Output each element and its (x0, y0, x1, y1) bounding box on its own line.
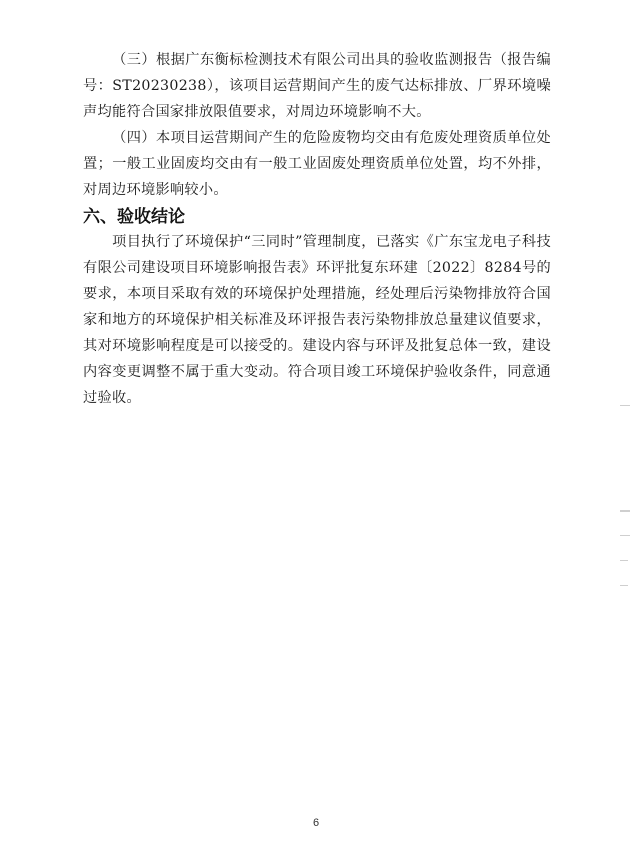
paragraph-text: （三）根据广东衡标检测技术有限公司出具的验收监测报告（报告编号：ST202302… (83, 52, 551, 120)
scan-artifact (620, 535, 630, 536)
paragraph-section-4: （四）本项目运营期间产生的危险废物均交由有危废处理资质单位处置；一般工业固废均交… (83, 125, 551, 203)
scan-artifact (620, 405, 630, 406)
paragraph-section-3: （三）根据广东衡标检测技术有限公司出具的验收监测报告（报告编号：ST202302… (83, 47, 551, 125)
page-number: 6 (0, 817, 632, 829)
scan-artifact (620, 585, 628, 586)
paragraph-text: （四）本项目运营期间产生的危险废物均交由有危废处理资质单位处置；一般工业固废均交… (83, 130, 551, 198)
paragraph-conclusion: 项目执行了环境保护“三同时”管理制度，已落实《广东宝龙电子科技有限公司建设项目环… (83, 229, 551, 411)
scan-artifact (620, 560, 628, 561)
scan-artifact (620, 510, 630, 512)
paragraph-text: 项目执行了环境保护“三同时”管理制度，已落实《广东宝龙电子科技有限公司建设项目环… (83, 234, 551, 406)
section-heading-acceptance-conclusion: 六、验收结论 (83, 205, 185, 229)
document-page: （三）根据广东衡标检测技术有限公司出具的验收监测报告（报告编号：ST202302… (0, 0, 632, 850)
